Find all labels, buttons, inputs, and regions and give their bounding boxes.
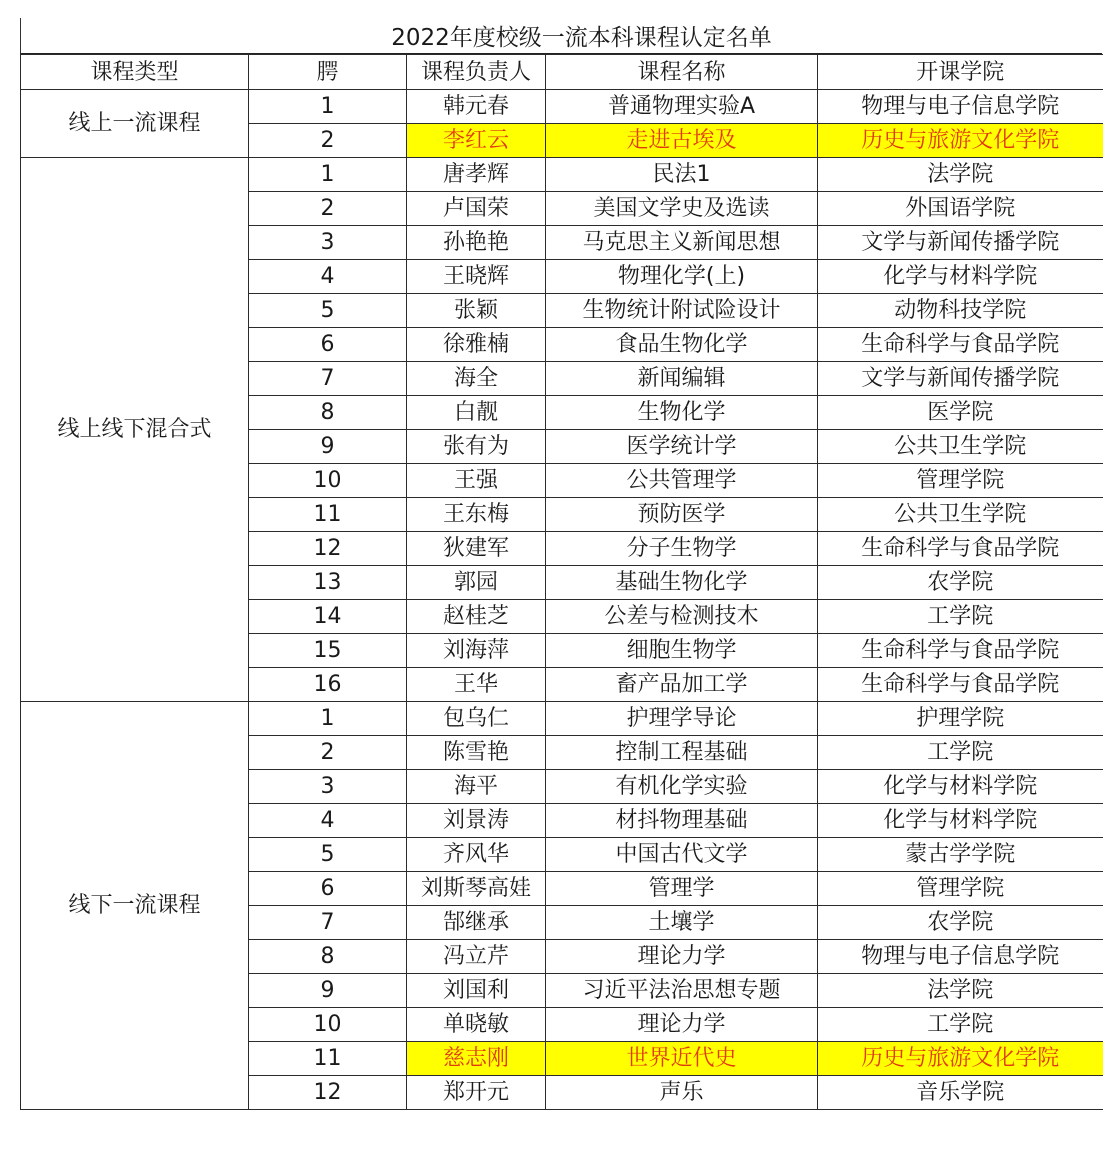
header-number: 腭	[249, 55, 407, 90]
college-cell: 生命科学与食品学院	[818, 532, 1103, 566]
sheet-title: 2022年度校级一流本科课程认定名单	[20, 18, 1102, 54]
row-number-cell: 7	[249, 362, 407, 396]
leader-cell: 单晓敏	[407, 1008, 546, 1042]
leader-cell: 王强	[407, 464, 546, 498]
college-cell: 物理与电子信息学院	[818, 940, 1103, 974]
row-number-cell: 3	[249, 770, 407, 804]
header-leader: 课程负责人	[407, 55, 546, 90]
course-name-cell: 控制工程基础	[546, 736, 818, 770]
college-cell: 历史与旅游文化学院	[818, 124, 1103, 158]
course-name-cell: 习近平法治思想专题	[546, 974, 818, 1008]
row-number-cell: 7	[249, 906, 407, 940]
course-name-cell: 生物统计附试险设计	[546, 294, 818, 328]
row-number-cell: 12	[249, 532, 407, 566]
course-name-cell: 理论力学	[546, 1008, 818, 1042]
leader-cell: 王华	[407, 668, 546, 702]
course-type-cell: 线上一流课程	[21, 90, 249, 158]
course-name-cell: 中国古代文学	[546, 838, 818, 872]
row-number-cell: 4	[249, 260, 407, 294]
college-cell: 物理与电子信息学院	[818, 90, 1103, 124]
course-type-cell: 线下一流课程	[21, 702, 249, 1110]
row-number-cell: 12	[249, 1076, 407, 1110]
row-number-cell: 11	[249, 498, 407, 532]
college-cell: 法学院	[818, 158, 1103, 192]
course-name-cell: 美国文学史及选读	[546, 192, 818, 226]
college-cell: 生命科学与食品学院	[818, 668, 1103, 702]
row-number-cell: 9	[249, 430, 407, 464]
row-number-cell: 1	[249, 702, 407, 736]
row-number-cell: 1	[249, 158, 407, 192]
course-type-cell: 线上线下混合式	[21, 158, 249, 702]
leader-cell: 郜继承	[407, 906, 546, 940]
leader-cell: 刘海萍	[407, 634, 546, 668]
row-number-cell: 5	[249, 294, 407, 328]
course-name-cell: 声乐	[546, 1076, 818, 1110]
row-number-cell: 5	[249, 838, 407, 872]
leader-cell: 卢国荣	[407, 192, 546, 226]
header-course-type: 课程类型	[21, 55, 249, 90]
college-cell: 外国语学院	[818, 192, 1103, 226]
row-number-cell: 6	[249, 328, 407, 362]
leader-cell: 张颖	[407, 294, 546, 328]
course-name-cell: 材抖物理基础	[546, 804, 818, 838]
college-cell: 生命科学与食品学院	[818, 634, 1103, 668]
course-name-cell: 马克思主义新闻思想	[546, 226, 818, 260]
course-list-sheet: 2022年度校级一流本科课程认定名单 课程类型 腭 课程负责人 课程名称 开课学…	[20, 18, 1102, 1110]
college-cell: 化学与材料学院	[818, 260, 1103, 294]
row-number-cell: 10	[249, 464, 407, 498]
header-course-name: 课程名称	[546, 55, 818, 90]
row-number-cell: 4	[249, 804, 407, 838]
leader-cell: 白靓	[407, 396, 546, 430]
college-cell: 工学院	[818, 736, 1103, 770]
row-number-cell: 1	[249, 90, 407, 124]
course-table: 课程类型 腭 课程负责人 课程名称 开课学院 线上一流课程1韩元春普通物理实验A…	[20, 54, 1103, 1110]
course-name-cell: 医学统计学	[546, 430, 818, 464]
course-name-cell: 物理化学(上)	[546, 260, 818, 294]
table-row: 线下一流课程1包乌仁护理学导论护理学院	[21, 702, 1103, 736]
row-number-cell: 6	[249, 872, 407, 906]
leader-cell: 张有为	[407, 430, 546, 464]
college-cell: 医学院	[818, 396, 1103, 430]
course-name-cell: 畜产品加工学	[546, 668, 818, 702]
college-cell: 法学院	[818, 974, 1103, 1008]
college-cell: 工学院	[818, 1008, 1103, 1042]
course-name-cell: 管理学	[546, 872, 818, 906]
course-name-cell: 公共管理学	[546, 464, 818, 498]
course-name-cell: 世界近代史	[546, 1042, 818, 1076]
course-name-cell: 土壤学	[546, 906, 818, 940]
header-college: 开课学院	[818, 55, 1103, 90]
course-name-cell: 护理学导论	[546, 702, 818, 736]
college-cell: 文学与新闻传播学院	[818, 226, 1103, 260]
row-number-cell: 8	[249, 940, 407, 974]
leader-cell: 刘国利	[407, 974, 546, 1008]
college-cell: 生命科学与食品学院	[818, 328, 1103, 362]
leader-cell: 狄建军	[407, 532, 546, 566]
college-cell: 动物科技学院	[818, 294, 1103, 328]
leader-cell: 刘斯琴高娃	[407, 872, 546, 906]
course-name-cell: 细胞生物学	[546, 634, 818, 668]
leader-cell: 冯立芹	[407, 940, 546, 974]
leader-cell: 韩元春	[407, 90, 546, 124]
course-name-cell: 生物化学	[546, 396, 818, 430]
college-cell: 音乐学院	[818, 1076, 1103, 1110]
course-name-cell: 预防医学	[546, 498, 818, 532]
row-number-cell: 13	[249, 566, 407, 600]
row-number-cell: 8	[249, 396, 407, 430]
table-body: 线上一流课程1韩元春普通物理实验A物理与电子信息学院2李红云走进古埃及历史与旅游…	[21, 90, 1103, 1110]
row-number-cell: 2	[249, 736, 407, 770]
college-cell: 护理学院	[818, 702, 1103, 736]
leader-cell: 包乌仁	[407, 702, 546, 736]
leader-cell: 唐孝辉	[407, 158, 546, 192]
leader-cell: 刘景涛	[407, 804, 546, 838]
leader-cell: 郭园	[407, 566, 546, 600]
college-cell: 化学与材料学院	[818, 770, 1103, 804]
row-number-cell: 10	[249, 1008, 407, 1042]
row-number-cell: 11	[249, 1042, 407, 1076]
course-name-cell: 民法1	[546, 158, 818, 192]
college-cell: 历史与旅游文化学院	[818, 1042, 1103, 1076]
table-row: 线上线下混合式1唐孝辉民法1法学院	[21, 158, 1103, 192]
leader-cell: 慈志刚	[407, 1042, 546, 1076]
college-cell: 农学院	[818, 566, 1103, 600]
college-cell: 管理学院	[818, 872, 1103, 906]
course-name-cell: 普通物理实验A	[546, 90, 818, 124]
college-cell: 蒙古学学院	[818, 838, 1103, 872]
college-cell: 管理学院	[818, 464, 1103, 498]
leader-cell: 陈雪艳	[407, 736, 546, 770]
course-name-cell: 新闻编辑	[546, 362, 818, 396]
leader-cell: 王晓辉	[407, 260, 546, 294]
course-name-cell: 食品生物化学	[546, 328, 818, 362]
college-cell: 工学院	[818, 600, 1103, 634]
leader-cell: 孙艳艳	[407, 226, 546, 260]
course-name-cell: 公差与检测技木	[546, 600, 818, 634]
leader-cell: 海全	[407, 362, 546, 396]
course-name-cell: 基础生物化学	[546, 566, 818, 600]
college-cell: 公共卫生学院	[818, 498, 1103, 532]
college-cell: 化学与材料学院	[818, 804, 1103, 838]
course-name-cell: 理论力学	[546, 940, 818, 974]
course-name-cell: 有机化学实验	[546, 770, 818, 804]
leader-cell: 赵桂芝	[407, 600, 546, 634]
row-number-cell: 2	[249, 192, 407, 226]
college-cell: 文学与新闻传播学院	[818, 362, 1103, 396]
row-number-cell: 9	[249, 974, 407, 1008]
row-number-cell: 16	[249, 668, 407, 702]
course-name-cell: 走进古埃及	[546, 124, 818, 158]
table-row: 线上一流课程1韩元春普通物理实验A物理与电子信息学院	[21, 90, 1103, 124]
header-row: 课程类型 腭 课程负责人 课程名称 开课学院	[21, 55, 1103, 90]
row-number-cell: 15	[249, 634, 407, 668]
leader-cell: 徐雅楠	[407, 328, 546, 362]
row-number-cell: 3	[249, 226, 407, 260]
leader-cell: 李红云	[407, 124, 546, 158]
leader-cell: 海平	[407, 770, 546, 804]
leader-cell: 郑开元	[407, 1076, 546, 1110]
course-name-cell: 分子生物学	[546, 532, 818, 566]
row-number-cell: 2	[249, 124, 407, 158]
college-cell: 农学院	[818, 906, 1103, 940]
row-number-cell: 14	[249, 600, 407, 634]
leader-cell: 王东梅	[407, 498, 546, 532]
leader-cell: 齐风华	[407, 838, 546, 872]
college-cell: 公共卫生学院	[818, 430, 1103, 464]
